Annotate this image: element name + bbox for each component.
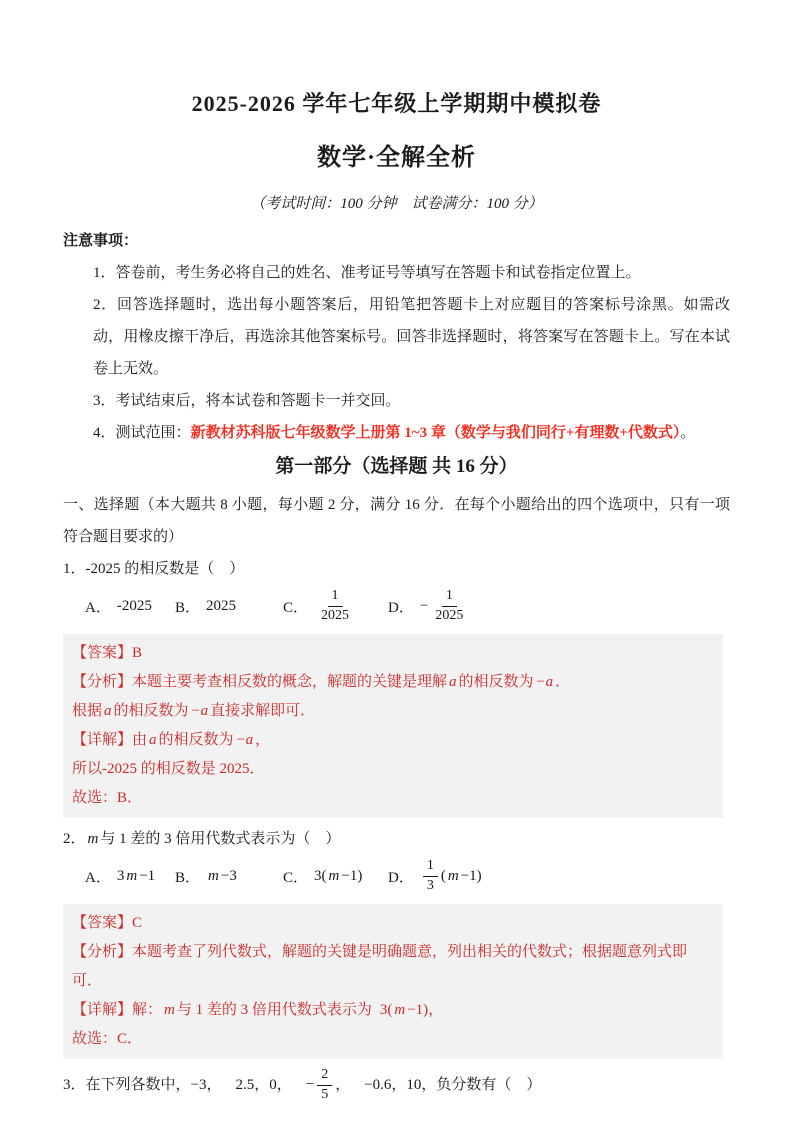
- fraction: 12025: [431, 588, 467, 625]
- question-2-option-a: A． 3m−1: [85, 866, 175, 887]
- question-2-option-b: B． m−3: [175, 866, 283, 887]
- analysis-text: 的相反数为: [114, 703, 189, 719]
- option-value: 3: [117, 868, 125, 885]
- math-variable: m: [86, 831, 101, 847]
- question-2-stem: 2．m与 1 差的 3 倍用代数式表示为（ ）: [63, 823, 730, 855]
- detail-text: 的相反数为: [159, 732, 234, 748]
- math-variable: −a: [189, 703, 211, 719]
- analysis-text: ．: [555, 674, 570, 690]
- question-text: −0.6，10，负分数有（ ）: [364, 1076, 541, 1096]
- math-variable: a: [147, 732, 159, 748]
- analysis-line: 【分析】本题主要考查相反数的概念，解题的关键是理解a的相反数为−a．: [72, 668, 714, 697]
- exam-info: （考试时间：100 分钟 试卷满分：100 分）: [63, 194, 730, 215]
- analysis-text: 的相反数为: [459, 674, 534, 690]
- option-label: C．: [283, 866, 308, 887]
- answer-line: 【答案】B: [72, 639, 714, 668]
- fraction-denominator: 2025: [431, 607, 467, 625]
- question-1-stem: 1．-2025 的相反数是（ ）: [63, 553, 730, 585]
- fraction-numerator: 1: [423, 858, 438, 877]
- option-value: -2025: [117, 598, 152, 615]
- option-label: A．: [85, 596, 111, 617]
- notice-item-4-prefix: 4．测试范围：: [93, 425, 191, 441]
- option-value: 2025: [206, 598, 236, 615]
- option-value: −3: [221, 868, 237, 885]
- question-text: ，: [335, 1076, 350, 1096]
- question-2-options: A． 3m−1 B． m−3 C． 3(m−1) D． 13 (m−1): [63, 855, 730, 899]
- fraction-numerator: 2: [317, 1067, 332, 1086]
- option-label: A．: [85, 866, 111, 887]
- analysis-text: 直接求解即可．: [210, 703, 315, 719]
- section-title: 第一部分（选择题 共 16 分）: [63, 451, 730, 483]
- exam-subject-title: 数学·全解全析: [63, 143, 730, 174]
- option-label: D．: [388, 866, 414, 887]
- math-variable: m: [327, 868, 342, 885]
- option-label: B．: [175, 596, 200, 617]
- question-1-option-a: A． -2025: [85, 596, 175, 617]
- fraction-denominator: 5: [317, 1086, 332, 1104]
- fraction: 25: [317, 1067, 332, 1104]
- question-1-options: A． -2025 B． 2025 C． 12025 D． − 12025: [63, 585, 730, 629]
- analysis-text: 根据: [72, 703, 102, 719]
- conclusion-line: 所以-2025 的相反数是 2025．: [72, 755, 714, 784]
- analysis-text: 【分析】本题主要考查相反数的概念，解题的关键是理解: [72, 674, 447, 690]
- detail-text: 与 1 差的 3 倍用代数式表示为: [177, 1002, 372, 1018]
- fraction-denominator: 2025: [317, 607, 353, 625]
- analysis-line-2: 根据a的相反数为−a直接求解即可．: [72, 697, 714, 726]
- choice-line: 故选：B．: [72, 784, 714, 813]
- notice-heading: 注意事项：: [63, 225, 730, 257]
- math-variable: m: [124, 868, 139, 885]
- fraction-numerator: 1: [442, 588, 457, 607]
- document-page: 2025-2026 学年七年级上学期期中模拟卷 数学·全解全析 （考试时间：10…: [0, 0, 793, 1108]
- detail-text: 【详解】由: [72, 732, 147, 748]
- option-value: −1): [461, 868, 482, 885]
- option-value: −1: [139, 868, 155, 885]
- option-label: B．: [175, 866, 200, 887]
- fraction-denominator: 3: [423, 877, 438, 895]
- option-label: D．: [388, 596, 414, 617]
- math-variable: −a: [534, 674, 556, 690]
- question-1-option-b: B． 2025: [175, 596, 283, 617]
- option-label: C．: [283, 596, 308, 617]
- fraction: 13: [423, 858, 438, 895]
- answer-line: 【答案】C: [72, 909, 714, 938]
- fraction: 12025: [317, 588, 353, 625]
- notice-item-1: 1．答卷前，考生务必将自己的姓名、准考证号等填写在答题卡和试卷指定位置上。: [93, 257, 730, 289]
- detail-line: 【详解】解：m与 1 差的 3 倍用代数式表示为3(m−1)，: [72, 996, 714, 1025]
- question-number: 2．: [63, 831, 86, 847]
- test-scope-highlight: 新教材苏科版七年级数学上册第 1~3 章（数学与我们同行+有理数+代数式）: [191, 425, 681, 441]
- math-expression: −1): [407, 1002, 428, 1018]
- question-3-stem: 3．在下列各数中，−3， 2.5，0， −25 ， −0.6，10，负分数有（ …: [63, 1064, 730, 1108]
- notice-item-4-suffix: 。: [680, 425, 695, 441]
- minus-sign: −: [306, 1077, 314, 1093]
- detail-text: 【详解】解：: [72, 1002, 162, 1018]
- choice-line: 故选：C．: [72, 1025, 714, 1054]
- question-2-option-c: C． 3(m−1): [283, 866, 388, 887]
- question-1-option-c: C． 12025: [283, 588, 388, 625]
- detail-line: 【详解】由a的相反数为−a，: [72, 726, 714, 755]
- math-variable: m: [392, 1002, 407, 1018]
- math-variable: −a: [234, 732, 256, 748]
- notice-item-2: 2．回答选择题时，选出每小题答案后，用铅笔把答题卡上对应题目的答案标号涂黑。如需…: [93, 289, 730, 385]
- detail-text: ，: [428, 1002, 443, 1018]
- math-variable: m: [446, 868, 461, 885]
- math-variable: m: [206, 868, 221, 885]
- option-value: 3(: [314, 868, 327, 885]
- option-value: −1): [341, 868, 362, 885]
- question-text: 2.5，0，: [235, 1076, 291, 1096]
- math-variable: a: [447, 674, 459, 690]
- math-variable: a: [102, 703, 114, 719]
- fraction-numerator: 1: [328, 588, 343, 607]
- analysis-line: 【分析】本题考查了列代数式，解题的关键是明确题意，列出相关的代数式；根据题意列式…: [72, 938, 714, 996]
- math-expression: 3(: [380, 1002, 393, 1018]
- math-variable: m: [162, 1002, 177, 1018]
- exam-title: 2025-2026 学年七年级上学期期中模拟卷: [63, 90, 730, 119]
- negative-fraction: −25: [306, 1067, 335, 1104]
- question-text: 3．在下列各数中，−3，: [63, 1076, 221, 1096]
- question-1-option-d: D． − 12025: [388, 588, 730, 625]
- minus-sign: −: [420, 598, 428, 615]
- question-2-option-d: D． 13 (m−1): [388, 858, 730, 895]
- notice-item-4: 4．测试范围：新教材苏科版七年级数学上册第 1~3 章（数学与我们同行+有理数+…: [93, 417, 730, 449]
- multiple-choice-instructions: 一、选择题（本大题共 8 小题，每小题 2 分，满分 16 分．在每个小题给出的…: [63, 489, 730, 553]
- detail-text: ，: [255, 732, 270, 748]
- question-text: 与 1 差的 3 倍用代数式表示为（ ）: [100, 831, 340, 847]
- answer-block-1: 【答案】B 【分析】本题主要考查相反数的概念，解题的关键是理解a的相反数为−a．…: [63, 634, 723, 818]
- notice-item-3: 3．考试结束后，将本试卷和答题卡一并交回。: [93, 385, 730, 417]
- answer-block-2: 【答案】C 【分析】本题考查了列代数式，解题的关键是明确题意，列出相关的代数式；…: [63, 904, 723, 1059]
